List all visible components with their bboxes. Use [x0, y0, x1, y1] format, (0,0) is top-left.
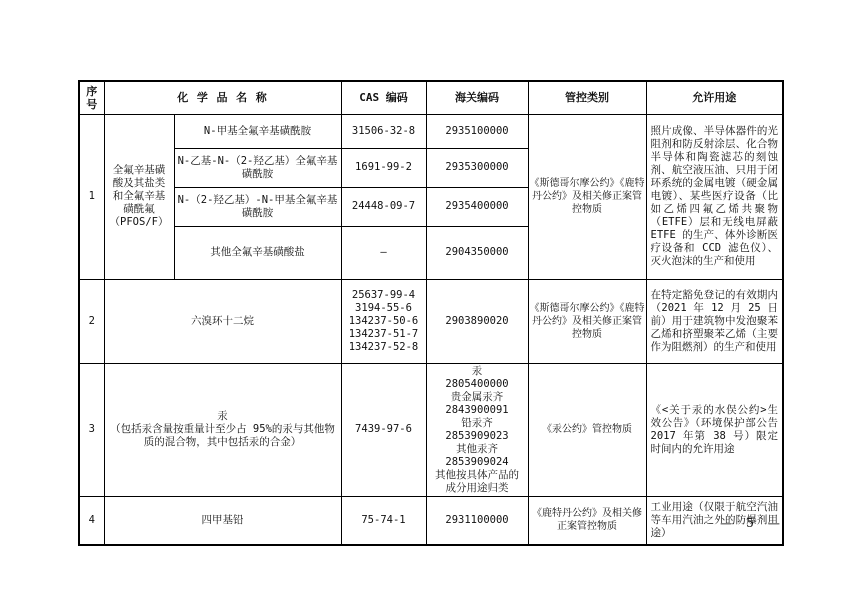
- table-row-4: 4 四甲基铅 75-74-1 2931100000 《鹿特丹公约》及相关修正案管…: [79, 496, 783, 545]
- category-cell: 《汞公约》管控物质: [528, 363, 646, 496]
- page-number-value: 5: [746, 516, 754, 530]
- table-row-1a: 1 全氟辛基磺 酸及其盐类 和全氟辛基 磺酰氟 （PFOS/F） N-甲基全氟辛…: [79, 114, 783, 148]
- name-cell: N-（2-羟乙基）-N-甲基全氟辛基 磺酰胺: [174, 187, 341, 226]
- cas-cell: –: [341, 226, 426, 279]
- uses-cell: 《<关于汞的水俣公约>生效公告》（环境保护部公告 2017 年第 38 号）限定…: [646, 363, 783, 496]
- col-header-name: 化 学 品 名 称: [104, 81, 341, 114]
- col-header-category: 管控类别: [528, 81, 646, 114]
- col-header-seq: 序 号: [79, 81, 104, 114]
- name-cell: 汞 （包括汞含量按重量计至少占 95%的汞与其他物质的混合物，其中包括汞的合金）: [104, 363, 341, 496]
- name-cell: 四甲基铅: [104, 496, 341, 545]
- category-cell: 《斯德哥尔摩公约》《鹿特丹公约》及相关修正案管控物质: [528, 279, 646, 363]
- cas-cell: 25637-99-4 3194-55-6 134237-50-6 134237-…: [341, 279, 426, 363]
- table-row-2: 2 六溴环十二烷 25637-99-4 3194-55-6 134237-50-…: [79, 279, 783, 363]
- hs-cell: 2931100000: [426, 496, 528, 545]
- name-cell: N-甲基全氟辛基磺酰胺: [174, 114, 341, 148]
- cas-cell: 24448-09-7: [341, 187, 426, 226]
- col-header-cas: CAS 编码: [341, 81, 426, 114]
- group-name-cell: 全氟辛基磺 酸及其盐类 和全氟辛基 磺酰氟 （PFOS/F）: [104, 114, 174, 279]
- name-cell: 六溴环十二烷: [104, 279, 341, 363]
- hs-cell: 2904350000: [426, 226, 528, 279]
- seq-cell: 3: [79, 363, 104, 496]
- hs-cell: 2935300000: [426, 148, 528, 187]
- name-cell: N-乙基-N-（2-羟乙基）全氟辛基 磺酰胺: [174, 148, 341, 187]
- col-header-uses: 允许用途: [646, 81, 783, 114]
- col-header-hs: 海关编码: [426, 81, 528, 114]
- cas-cell: 75-74-1: [341, 496, 426, 545]
- cas-cell: 7439-97-6: [341, 363, 426, 496]
- cas-cell: 1691-99-2: [341, 148, 426, 187]
- uses-cell: 照片成像、半导体器件的光阻剂和防反射涂层、化合物半导体和陶瓷滤芯的刻蚀剂、航空液…: [646, 114, 783, 279]
- category-cell: 《斯德哥尔摩公约》《鹿特丹公约》及相关修正案管控物质: [528, 114, 646, 279]
- hs-cell: 汞 2805400000 贵金属汞齐 2843900091 铅汞齐 285390…: [426, 363, 528, 496]
- name-cell: 其他全氟辛基磺酸盐: [174, 226, 341, 279]
- page-number-dash-left: —: [720, 516, 732, 530]
- page-number: — 5 —: [720, 515, 780, 531]
- seq-cell: 4: [79, 496, 104, 545]
- page-number-dash-right: —: [768, 516, 780, 530]
- category-cell: 《鹿特丹公约》及相关修正案管控物质: [528, 496, 646, 545]
- document-page: 序 号 化 学 品 名 称 CAS 编码 海关编码 管控类别 允许用途 1 全氟…: [0, 0, 850, 601]
- table-row-3: 3 汞 （包括汞含量按重量计至少占 95%的汞与其他物质的混合物，其中包括汞的合…: [79, 363, 783, 496]
- hs-cell: 2935100000: [426, 114, 528, 148]
- seq-cell: 1: [79, 114, 104, 279]
- controlled-chemicals-table: 序 号 化 学 品 名 称 CAS 编码 海关编码 管控类别 允许用途 1 全氟…: [78, 80, 784, 546]
- header-row: 序 号 化 学 品 名 称 CAS 编码 海关编码 管控类别 允许用途: [79, 81, 783, 114]
- seq-cell: 2: [79, 279, 104, 363]
- hs-cell: 2935400000: [426, 187, 528, 226]
- uses-cell: 在特定豁免登记的有效期内（2021 年 12 月 25 日前）用于建筑物中发泡聚…: [646, 279, 783, 363]
- cas-cell: 31506-32-8: [341, 114, 426, 148]
- hs-cell: 2903890020: [426, 279, 528, 363]
